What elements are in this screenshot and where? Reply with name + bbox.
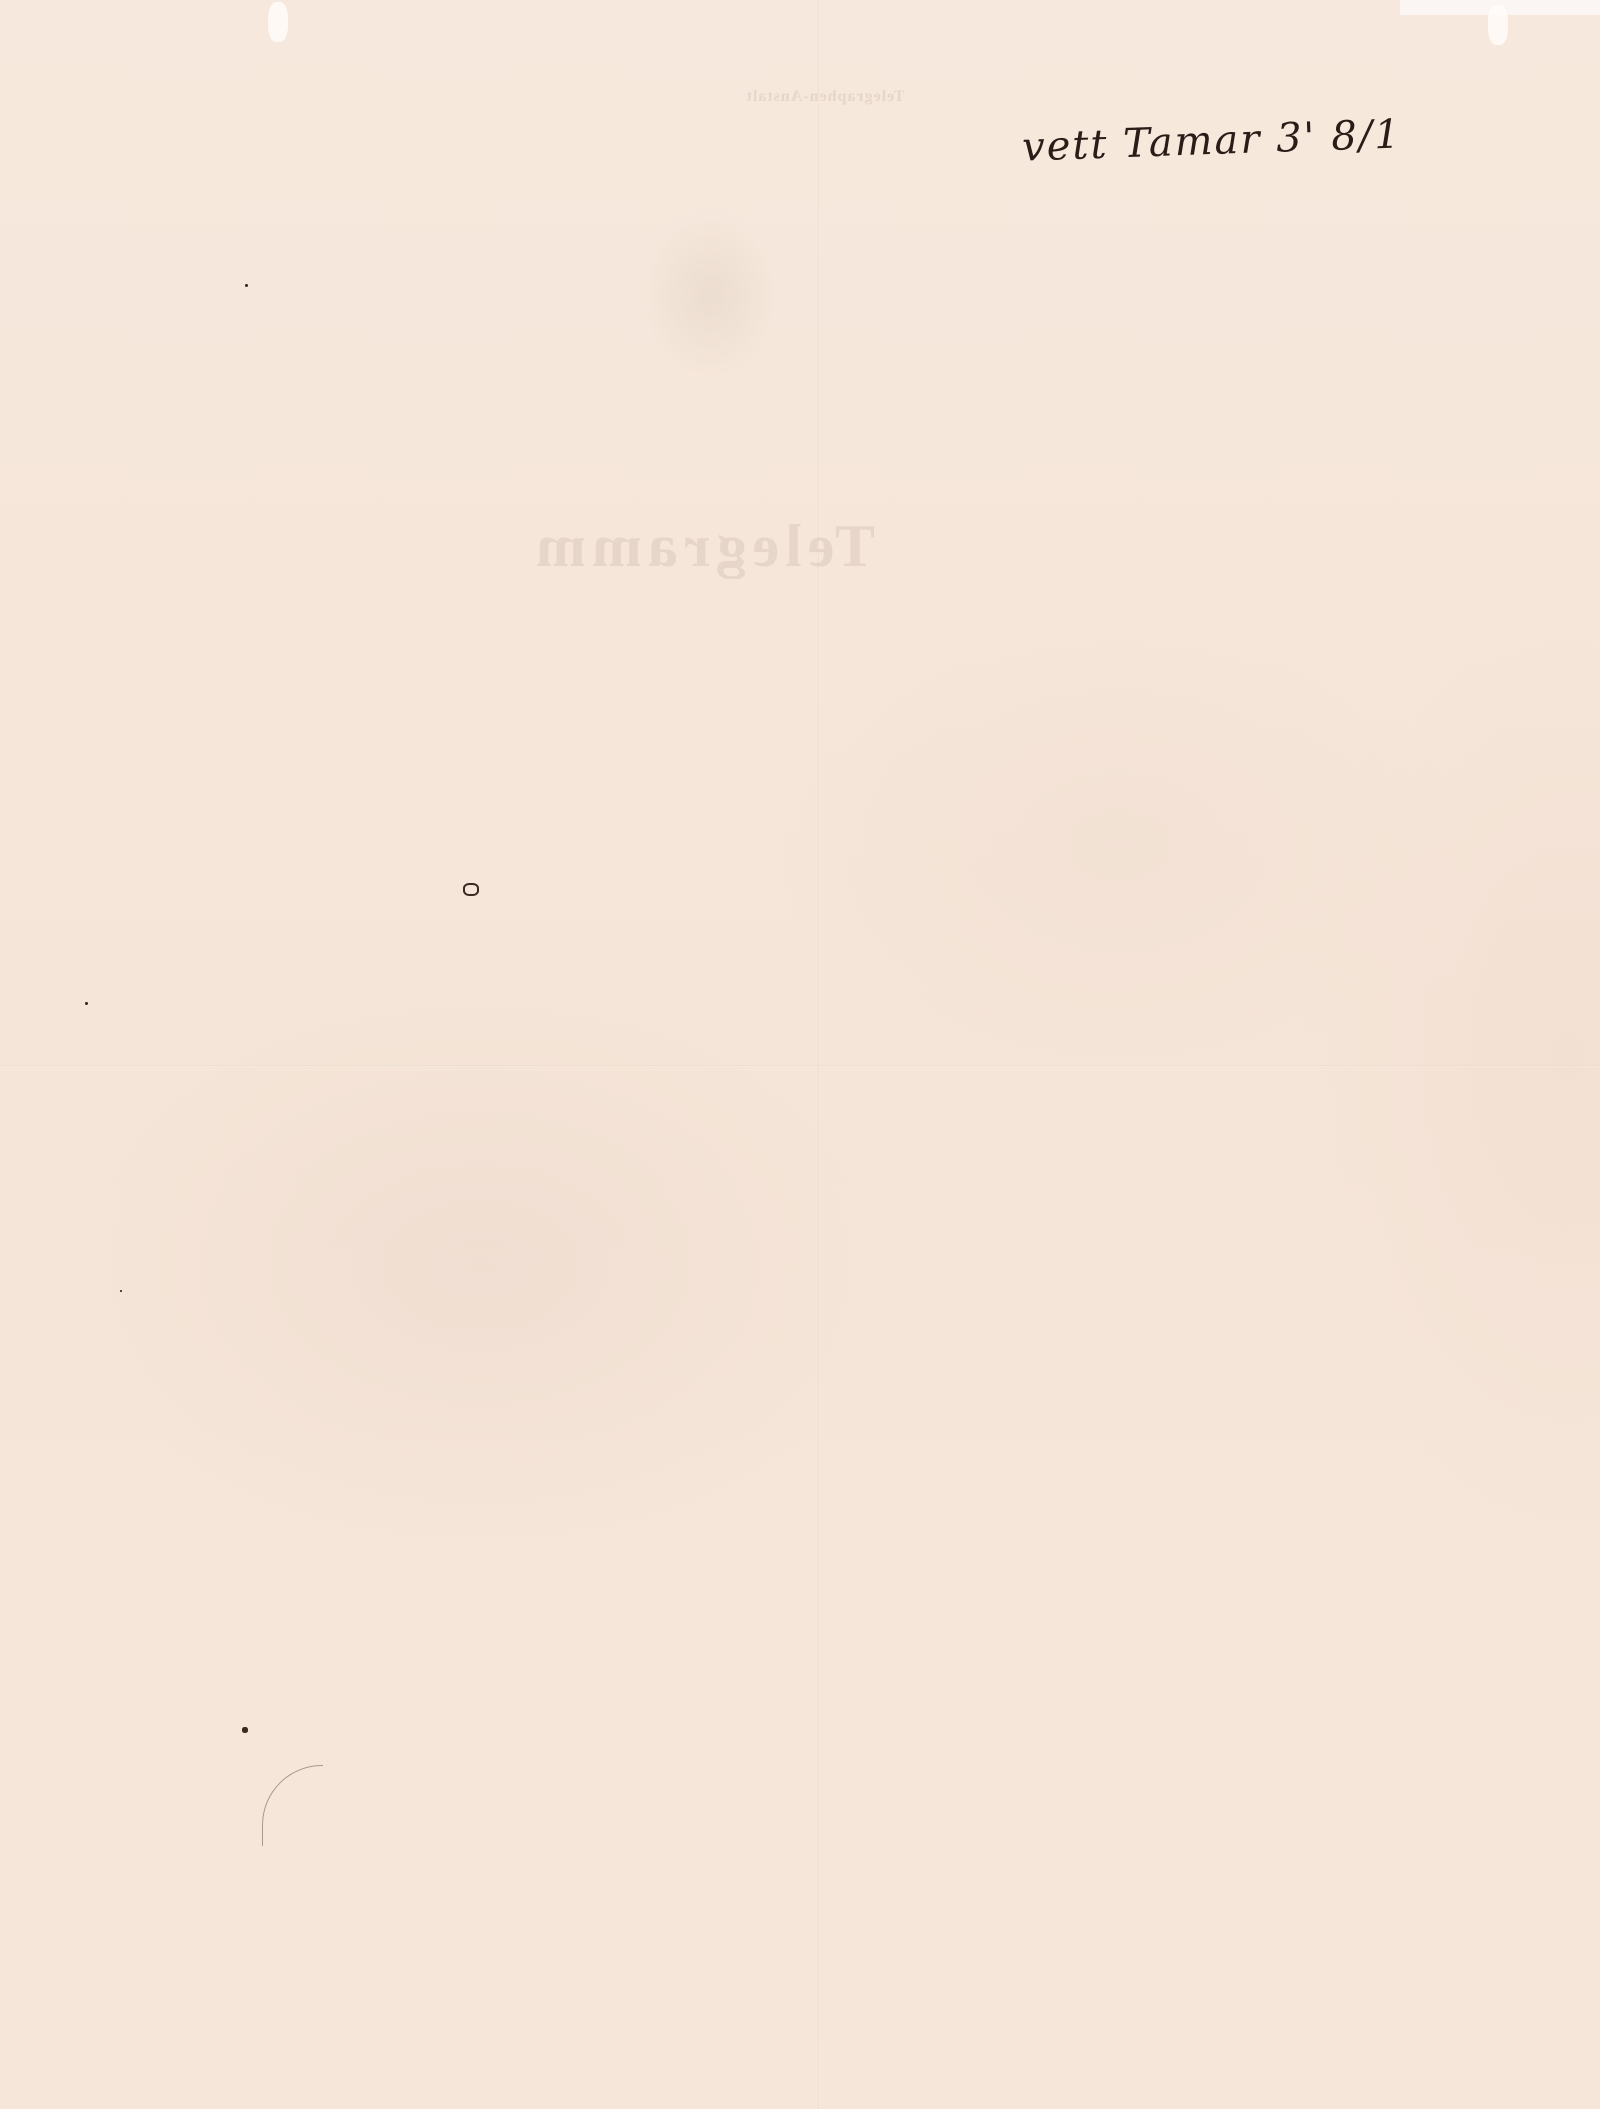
paper-speck — [463, 883, 479, 896]
paper-speck — [85, 1002, 88, 1005]
vertical-fold-line — [818, 0, 820, 2109]
paper-speck — [120, 1290, 122, 1292]
paper-speck — [242, 1727, 248, 1733]
show-through-title: Telegramm — [530, 512, 875, 581]
paper-tear-mark — [268, 2, 288, 42]
show-through-header: Telegraphen-Anstalt — [410, 88, 1240, 106]
show-through-emblem — [640, 210, 780, 380]
paper-tear-mark — [1488, 5, 1508, 45]
horizontal-fold-line — [0, 1065, 1600, 1067]
paper-speck — [245, 284, 248, 287]
paper-background — [0, 0, 1600, 2109]
